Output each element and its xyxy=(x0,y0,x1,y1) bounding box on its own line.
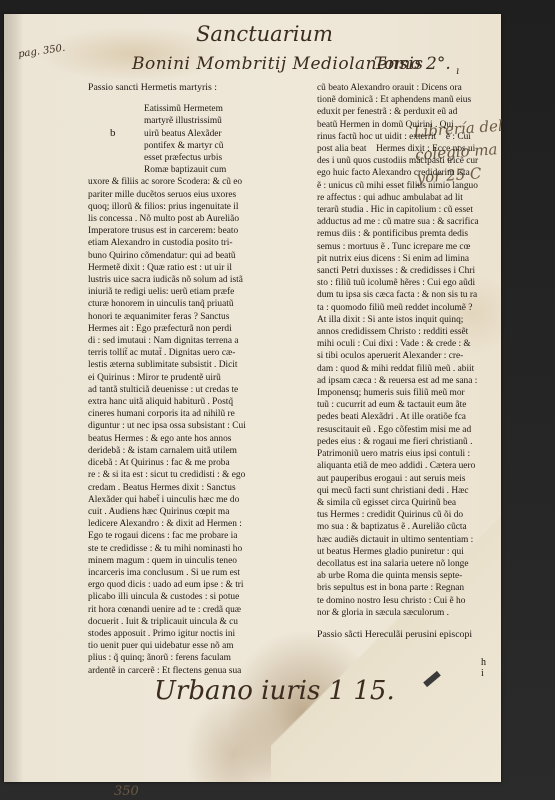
text-line: iniuriã te redigi uelis: uerũ etiam præf… xyxy=(88,286,266,298)
text-line: post alia beat᷑ Hermes dixit : Ecce nos … xyxy=(317,143,489,155)
text-line: buno Quirino cõmendatur: qui ad beatũ xyxy=(88,250,266,262)
text-line: resuscitauit eũ . Ego cõfestim misi me a… xyxy=(317,424,489,436)
text-line: plicabo illi uincula & custodes : si pot… xyxy=(88,591,266,603)
left-text-column: Passio sancti Hermetis martyris : Eatiss… xyxy=(88,82,266,677)
text-line: sto : filiũ tuũ icolumẽ hẽres : Cui ego … xyxy=(317,277,489,289)
text-line: cũ beato Alexandro orauit : Dicens ora xyxy=(317,82,489,94)
printer-signature-mark: h i xyxy=(481,657,501,679)
text-line: martyrẽ illustrissimũ xyxy=(88,115,266,127)
text-line: Eatissimũ Hermetem xyxy=(88,103,266,115)
caret-mark: ı xyxy=(456,66,459,77)
text-line: bris sepultus est in bona parte : Regnan xyxy=(317,582,489,594)
text-line: extra hanc uitã aliquid habiturũ . Postq… xyxy=(88,396,266,408)
text-line: re : & si ita est : sicut tu credidisti … xyxy=(88,469,266,481)
text-line: qui mecũ facti sunt christiani dedi . Hæ… xyxy=(317,485,489,497)
text-line: hæc audiẽs dictauit in ultimo sententiam… xyxy=(317,534,489,546)
text-line: rit hora cœnandi uenire ad te : credã qu… xyxy=(88,604,266,616)
text-line: terarũ studia . Hic in capitolium : cũ e… xyxy=(317,204,489,216)
text-line: tio uenit puer qui uidebatur esse nõ am xyxy=(88,640,266,652)
text-line: pedes eius : & rogaui me fieri christian… xyxy=(317,436,489,448)
text-line: Hermes ait : Ego præfecturã non perdi xyxy=(88,323,266,335)
text-line: nor & gloria in sæcula sæculorum . xyxy=(317,607,489,619)
text-line: pedes beati Alexãdri . At ille oratiõe f… xyxy=(317,411,489,423)
text-line: beatũ Hermen in domũ Quirini . Qui xyxy=(317,119,489,131)
body-lines: cũ beato Alexandro orauit : Dicens orati… xyxy=(317,82,489,619)
text-line: dicebã : At Quirinus : fac & me proba xyxy=(88,457,266,469)
text-line: dum tu ipsa sis cæca facta : & non sis t… xyxy=(317,289,489,301)
text-line: lustris uice sacra iudicãs nõ solum ad i… xyxy=(88,274,266,286)
text-line: ego huic facto Alexandro crediderim ista xyxy=(317,167,489,179)
text-line: ab urbe Roma die quinta mensis septe- xyxy=(317,570,489,582)
right-text-column: cũ beato Alexandro orauit : Dicens orati… xyxy=(317,82,489,650)
text-line: uxore & filiis ac sorore Scodera: & cũ e… xyxy=(88,176,266,188)
text-line: semus : mortuus ẽ . Tunc icrepare me cœ xyxy=(317,241,489,253)
text-line: terris tollit̃ ac mutat̃ . Dignitas uero… xyxy=(88,347,266,359)
text-line: minem magum : quem in uinculis teneo xyxy=(88,555,266,567)
handwritten-title: Sanctuarium xyxy=(196,22,333,46)
text-line: tionẽ dominicã : Et aphendens manũ eius xyxy=(317,94,489,106)
text-line: aliquanta etiã de meo addidi . Cætera ue… xyxy=(317,460,489,472)
text-line: plius : q̃ quinq; ãnorũ : ferens faculam xyxy=(88,652,266,664)
text-line: tus Hermes : credidit Quirinus cũ õi do xyxy=(317,509,489,521)
text-line: re affectus : qui adhuc ambulabat ad lit xyxy=(317,192,489,204)
text-line: cineres humani corporis ita ad nihilũ re xyxy=(88,408,266,420)
text-line: ad tantã stulticiã deuenisse : ut credas… xyxy=(88,384,266,396)
text-line: lis concessa . Nõ multo post ab Aurelião xyxy=(88,213,266,225)
text-line: cturæ honorem in uinculis tanq̃ priuatũ xyxy=(88,298,266,310)
body-lines: uxore & filiis ac sorore Scodera: & cũ e… xyxy=(88,176,266,676)
text-line: si tibi oculos aperuerit Alexander : cre… xyxy=(317,350,489,362)
text-line: etiam Alexandro in custodia posito tri- xyxy=(88,237,266,249)
chapter-rubric: Passio sancti Hermetis martyris : xyxy=(88,82,266,94)
text-line: incarceris ima conclusum . Si ue rum est xyxy=(88,567,266,579)
document-page: Sanctuarium Bonini Mombritij Mediolanens… xyxy=(4,14,501,782)
text-line: ẽ : unicus cũ mihi esset filius nimio la… xyxy=(317,180,489,192)
text-line: & simila cũ egisset circa Quirinũ bea xyxy=(317,497,489,509)
text-line: Imperatore trusus est in carcerem: beato xyxy=(88,225,266,237)
text-line: mihi oculi : Cui dixi : Vade : & crede :… xyxy=(317,338,489,350)
text-line: quoq; illorũ & filios: prius ingenuitate… xyxy=(88,201,266,213)
text-line: aut pauperibus erogaui : aut seruis meis xyxy=(317,473,489,485)
text-line: honori te æquanimiter feras ? Sanctus xyxy=(88,311,266,323)
text-line: ta : quomodo filiũ meũ reddet incolumẽ ? xyxy=(317,302,489,314)
text-line: credam . Beatus Hermes dixit : Sanctus xyxy=(88,482,266,494)
text-line: di : sed imutaui : Nam dignitas terrena … xyxy=(88,335,266,347)
text-line: uirũ beatus Alexãder xyxy=(88,128,266,140)
next-chapter-rubric: Passio sãcti Hereculãi perusini episcopi xyxy=(317,629,489,641)
text-line: ad ipsam cæca : & reuersa est ad me sana… xyxy=(317,375,489,387)
text-line: mo sua : & baptizatus ẽ . Aurelião cũcta xyxy=(317,521,489,533)
text-line: annos credidissem Christo : redditi essẽ… xyxy=(317,326,489,338)
text-line: adductus ad me : cũ matre sua : & sacrif… xyxy=(317,216,489,228)
text-line: ut beatus Hermes gladio puniretur : qui xyxy=(317,546,489,558)
text-line: sancti Petri duxisses : & credidisses i … xyxy=(317,265,489,277)
text-line: lestis æterna sublimitate subsistit . Di… xyxy=(88,359,266,371)
handwritten-signature: Urbano iuris 1 15. xyxy=(154,676,395,706)
text-line: rinus factũ hoc ut uidit : exterrit᷑ ẽ :… xyxy=(317,131,489,143)
text-line: ste te credidisse : & tu mihi nominasti … xyxy=(88,543,266,555)
text-line: tuũ : cucurrit ad eum & tactauit eum ãte xyxy=(317,399,489,411)
text-line: stodes apposuit . Primo igitur noctis in… xyxy=(88,628,266,640)
page-reference-note: pag. 350. xyxy=(17,43,65,60)
text-line: Hermetẽ dixit : Quæ ratio est : ut uir i… xyxy=(88,262,266,274)
text-line: docuerit . Iuit & triplicauit uincula & … xyxy=(88,616,266,628)
text-line: Imponensq; humeris suis filiũ meũ mor xyxy=(317,387,489,399)
text-line: diguntur : ut nec ipsa ossa subsistant :… xyxy=(88,420,266,432)
text-line: esset præfectus urbis xyxy=(88,152,266,164)
text-line: pariter mille ducẽtos seruos eius uxores xyxy=(88,189,266,201)
text-line: ledicere Alexandro : & dixit ad Hermen : xyxy=(88,518,266,530)
text-line: decollatus est ina salaria uetere nõ lon… xyxy=(317,558,489,570)
text-line: remus diis : & pontificibus premta dedis xyxy=(317,228,489,240)
handwritten-volume: Tomo 2°. xyxy=(374,54,451,74)
spacer xyxy=(317,619,489,629)
text-line: ergo quod dicis : uado ad eum ipse : & t… xyxy=(88,579,266,591)
text-line: ei Quirinus : Miror te prudentẽ uirũ xyxy=(88,372,266,384)
page-gutter xyxy=(4,14,24,782)
text-line: pit nutrix eius dicens : Si enim ad limi… xyxy=(317,253,489,265)
folio-number: 350 xyxy=(114,784,139,799)
text-line: Romæ baptizauit cum xyxy=(88,164,266,176)
text-line: cuit . Audiens hæc Quirinus cœpit ma xyxy=(88,506,266,518)
text-line: Alexãder qui habet̃ i uinculis hæc me do xyxy=(88,494,266,506)
text-line: Patrimoniũ uero matris eius ipsi contuli… xyxy=(317,448,489,460)
text-line: dam : quod & mihi reddat filiũ meũ . abi… xyxy=(317,363,489,375)
indented-opening-lines: Eatissimũ Hermetemmartyrẽ illustrissimũu… xyxy=(88,103,266,176)
text-line: pontifex & martyr cũ xyxy=(88,140,266,152)
text-line: Ego te rogaui dicens : fac me probare ia xyxy=(88,530,266,542)
text-line: te domino nostro Iesu christo : Cui ẽ ho xyxy=(317,595,489,607)
text-line: At illa dixit : Si ante istos inquit qui… xyxy=(317,314,489,326)
text-line: eduxit per fenestrã : & perduxit eũ ad xyxy=(317,106,489,118)
text-line: ardentẽ in carcerẽ : Et flectens genua s… xyxy=(88,665,266,677)
text-line: beatus Hermes : & ego ante hos annos xyxy=(88,433,266,445)
text-line: deridebã : & istam carnalem uitã utilem xyxy=(88,445,266,457)
text-line: des i unũ quos custodiis mãcipasti tricẽ… xyxy=(317,155,489,167)
